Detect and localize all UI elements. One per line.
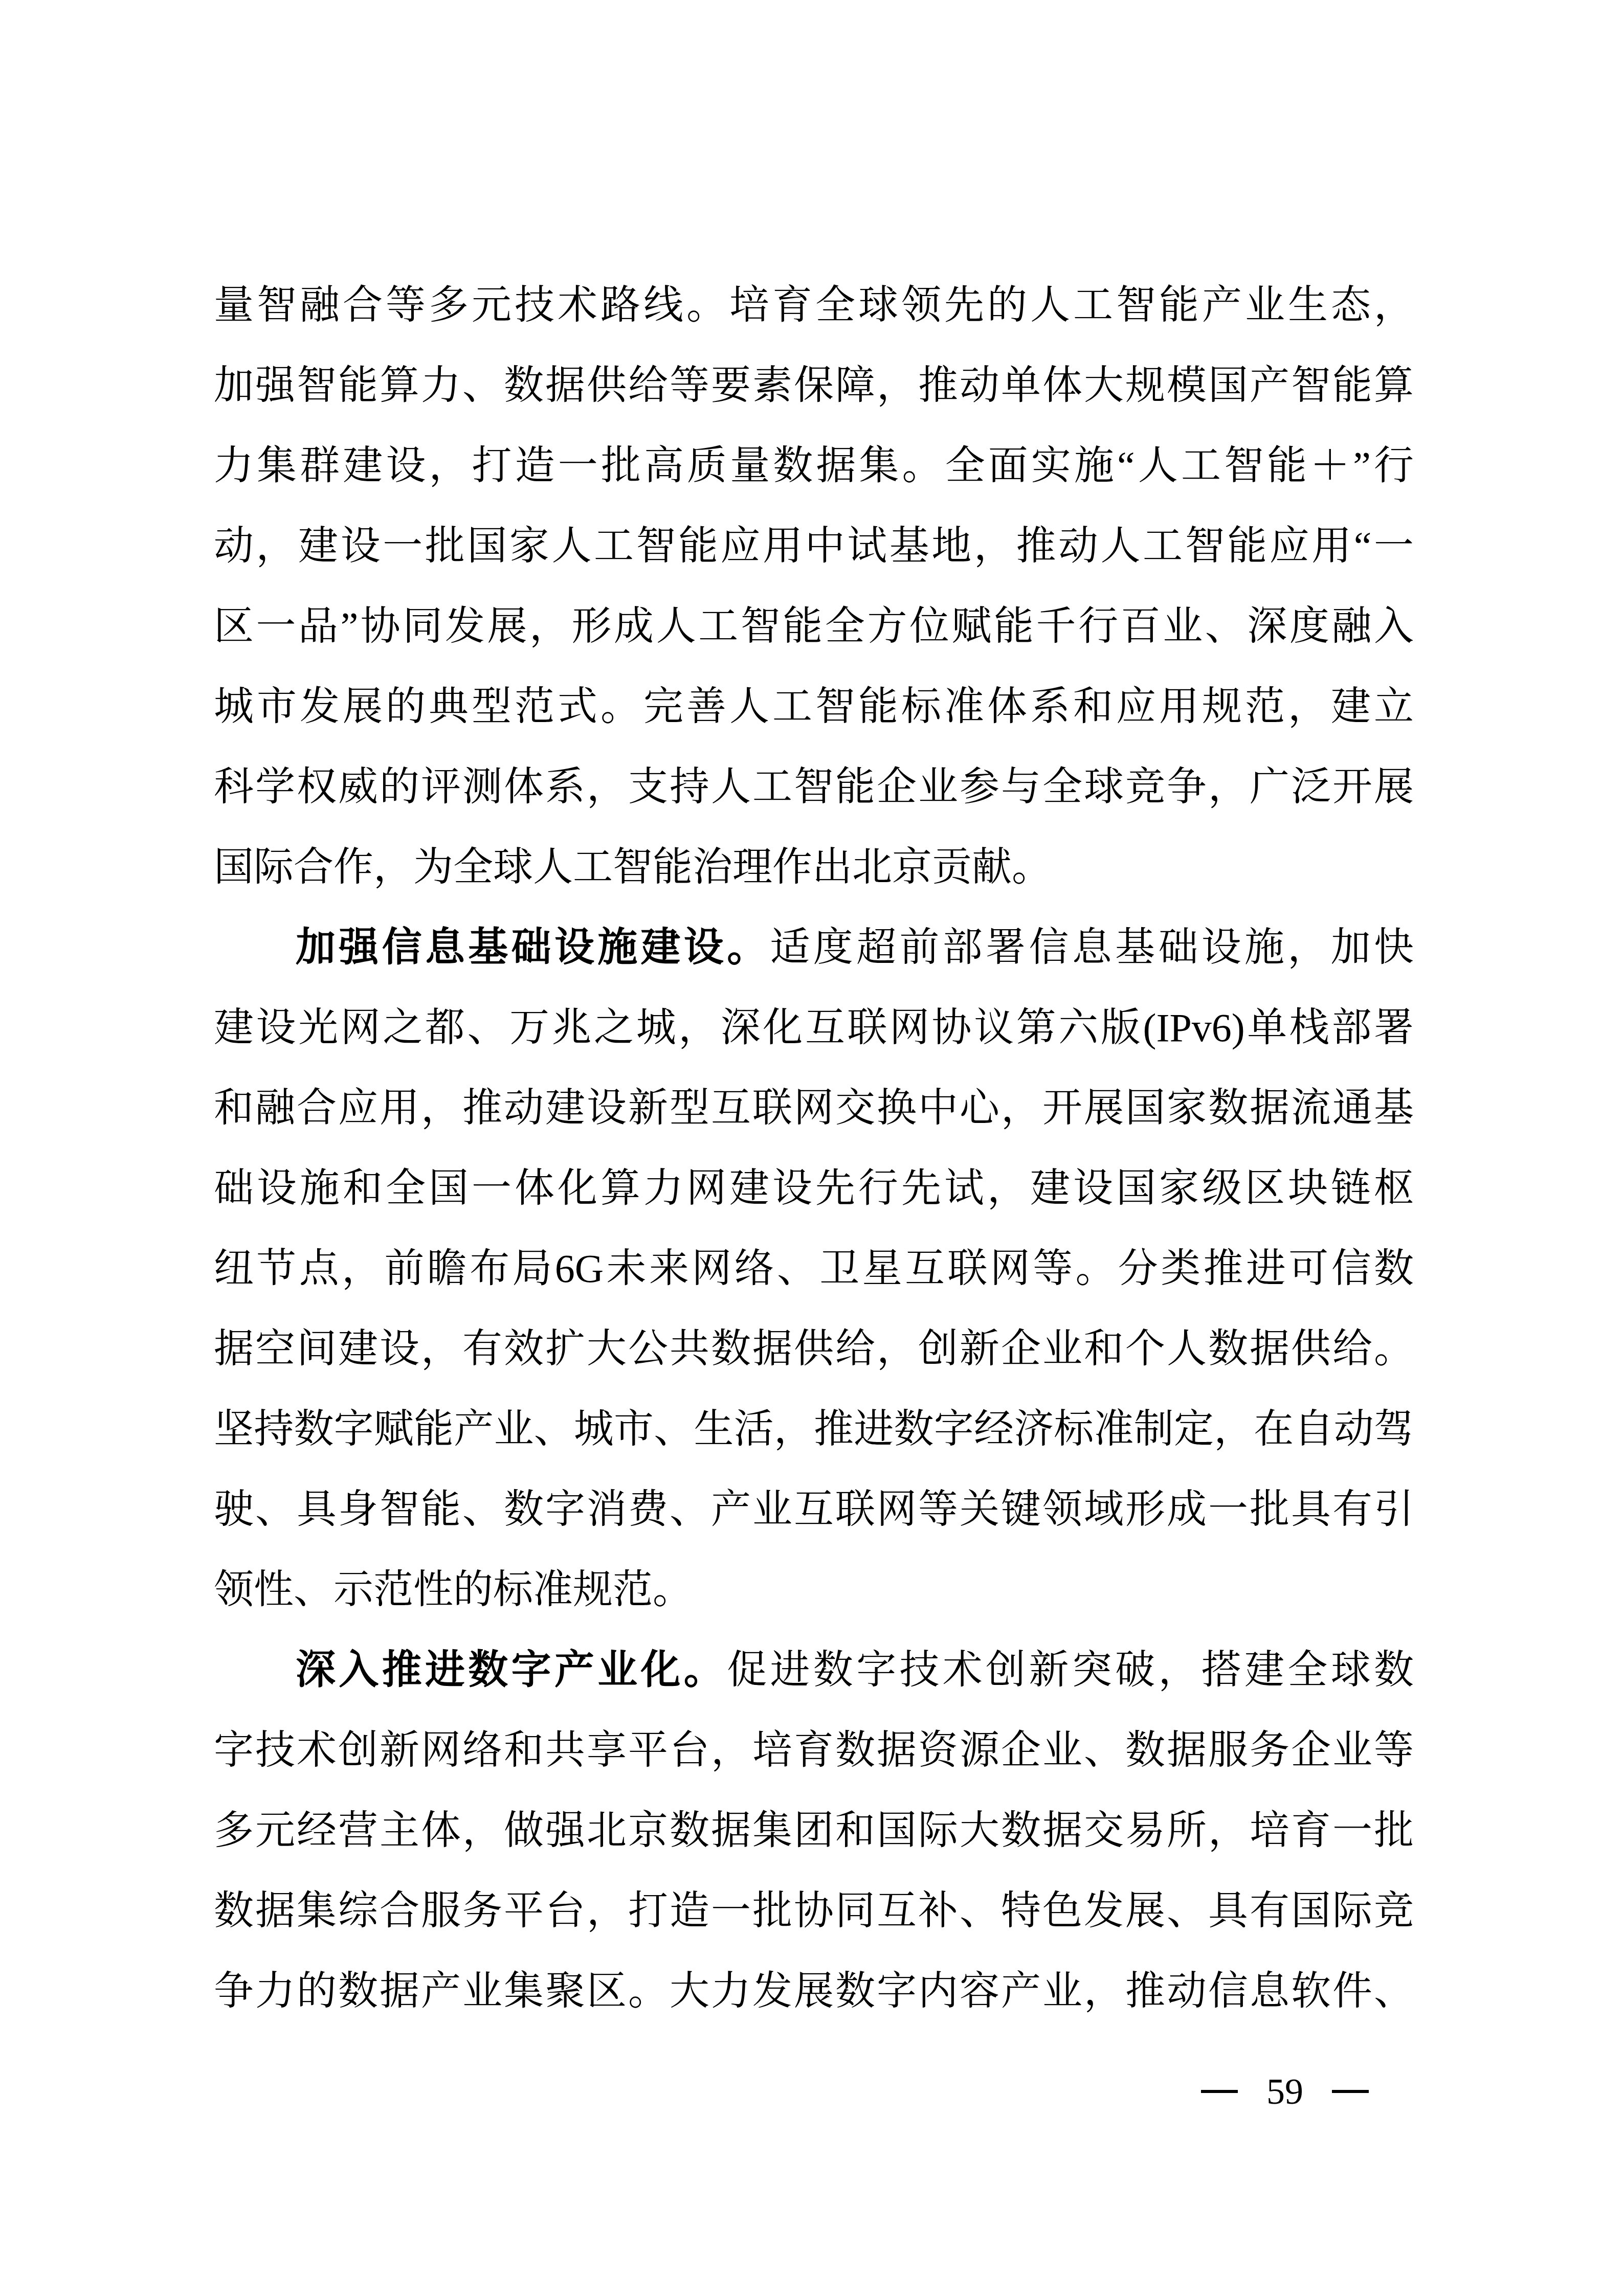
text-line: 字技术创新网络和共享平台，培育数据资源企业、数据服务企业等 (214, 1710, 1414, 1790)
text-line: 建设光网之都、万兆之城，深化互联网协议第六版(IPv6)单栈部署 (214, 987, 1414, 1068)
text-line: 多元经营主体，做强北京数据集团和国际大数据交易所，培育一批 (214, 1790, 1414, 1871)
text-line: 据空间建设，有效扩大公共数据供给，创新企业和个人数据供给。 (214, 1309, 1414, 1389)
footer-dash-right (1332, 2090, 1369, 2093)
text-line: 深入推进数字产业化。促进数字技术创新突破，搭建全球数 (214, 1630, 1414, 1710)
text-line: 坚持数字赋能产业、城市、生活，推进数字经济标准制定，在自动驾 (214, 1389, 1414, 1469)
paragraph: 深入推进数字产业化。促进数字技术创新突破，搭建全球数字技术创新网络和共享平台，培… (214, 1630, 1414, 2031)
text-line: 科学权威的评测体系，支持人工智能企业参与全球竞争，广泛开展 (214, 747, 1414, 827)
text-line: 础设施和全国一体化算力网建设先行先试，建设国家级区块链枢 (214, 1148, 1414, 1228)
document-page: 量智融合等多元技术路线。培育全球领先的人工智能产业生态，加强智能算力、数据供给等… (0, 0, 1624, 2296)
text-line: 数据集综合服务平台，打造一批协同互补、特色发展、具有国际竞 (214, 1871, 1414, 1951)
bold-lead: 加强信息基础设施建设。 (296, 925, 770, 970)
text-line: 争力的数据产业集聚区。大力发展数字内容产业，推动信息软件、 (214, 1951, 1414, 2031)
text-line: 城市发展的典型范式。完善人工智能标准体系和应用规范，建立 (214, 666, 1414, 747)
text-line: 力集群建设，打造一批高质量数据集。全面实施“人工智能＋”行 (214, 425, 1414, 506)
paragraph: 量智融合等多元技术路线。培育全球领先的人工智能产业生态，加强智能算力、数据供给等… (214, 265, 1414, 907)
text-line: 区一品”协同发展，形成人工智能全方位赋能千行百业、深度融入 (214, 586, 1414, 666)
bold-lead: 深入推进数字产业化。 (296, 1648, 727, 1692)
text-line: 和融合应用，推动建设新型互联网交换中心，开展国家数据流通基 (214, 1068, 1414, 1148)
text-line: 纽节点，前瞻布局6G未来网络、卫星互联网等。分类推进可信数 (214, 1228, 1414, 1309)
text-line: 动，建设一批国家人工智能应用中试基地，推动人工智能应用“一 (214, 506, 1414, 586)
page-number: 59 (1266, 2066, 1303, 2117)
text-line: 加强信息基础设施建设。适度超前部署信息基础设施，加快 (214, 907, 1414, 987)
text-line: 加强智能算力、数据供给等要素保障，推动单体大规模国产智能算 (214, 345, 1414, 425)
text-line: 量智融合等多元技术路线。培育全球领先的人工智能产业生态， (214, 265, 1414, 345)
text-block: 量智融合等多元技术路线。培育全球领先的人工智能产业生态，加强智能算力、数据供给等… (214, 265, 1414, 2031)
page-footer: 59 (1201, 2066, 1369, 2117)
text-line: 领性、示范性的标准规范。 (214, 1549, 1414, 1630)
footer-dash-left (1201, 2090, 1238, 2093)
paragraph: 加强信息基础设施建设。适度超前部署信息基础设施，加快建设光网之都、万兆之城，深化… (214, 907, 1414, 1630)
text-line: 驶、具身智能、数字消费、产业互联网等关键领域形成一批具有引 (214, 1469, 1414, 1549)
text-line: 国际合作，为全球人工智能治理作出北京贡献。 (214, 827, 1414, 907)
